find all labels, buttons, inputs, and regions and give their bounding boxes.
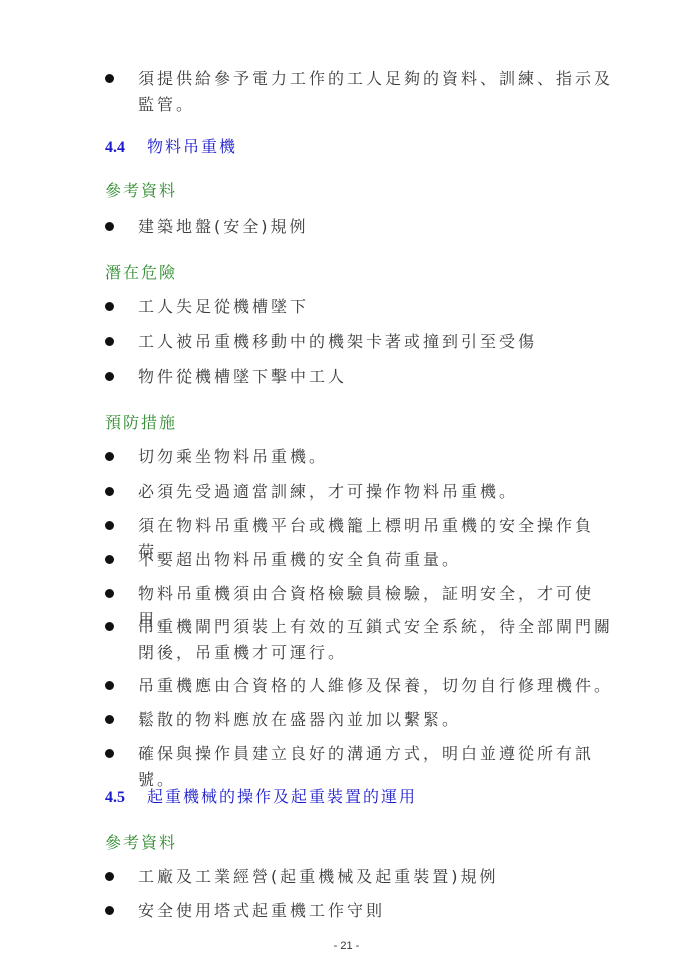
list-item-text: 吊重機應由合資格的人維修及保養，切勿自行修理機件。 xyxy=(138,673,625,699)
list-item-text: 工人被吊重機移動中的機架卡著或撞到引至受傷 xyxy=(138,329,625,355)
document-page: 須提供給參予電力工作的工人足夠的資料、訓練、指示及監管。 4.4物料吊重機 參考… xyxy=(0,0,693,980)
list-item-text: 切勿乘坐物料吊重機。 xyxy=(138,444,625,470)
list-item: 切勿乘坐物料吊重機。 xyxy=(105,444,625,470)
list-item: 不要超出物料吊重機的安全負荷重量。 xyxy=(105,547,625,573)
bullet-icon xyxy=(105,749,114,758)
bullet-icon xyxy=(105,906,114,915)
references-heading: 參考資料 xyxy=(105,180,177,202)
bullet-icon xyxy=(105,521,114,530)
list-item: 工人被吊重機移動中的機架卡著或撞到引至受傷 xyxy=(105,329,625,355)
list-item-text: 鬆散的物料應放在盛器內並加以繫緊。 xyxy=(138,707,625,733)
bullet-icon xyxy=(105,487,114,496)
list-item: 安全使用塔式起重機工作守則 xyxy=(105,898,625,924)
hazards-heading: 潛在危險 xyxy=(105,262,177,284)
list-item: 須提供給參予電力工作的工人足夠的資料、訓練、指示及監管。 xyxy=(105,66,625,118)
section-title: 物料吊重機 xyxy=(147,137,237,156)
list-item: 物件從機槽墜下擊中工人 xyxy=(105,364,625,390)
bullet-icon xyxy=(105,74,114,83)
bullet-icon xyxy=(105,555,114,564)
list-item-text: 建築地盤(安全)規例 xyxy=(138,214,625,240)
section-number: 4.5 xyxy=(105,787,147,809)
bullet-icon xyxy=(105,681,114,690)
list-item-text: 工廠及工業經營(起重機械及起重裝置)規例 xyxy=(138,864,625,890)
list-item-text: 物件從機槽墜下擊中工人 xyxy=(138,364,625,390)
list-item: 建築地盤(安全)規例 xyxy=(105,214,625,240)
list-item: 工人失足從機槽墜下 xyxy=(105,294,625,320)
list-item: 吊重機閘門須裝上有效的互鎖式安全系統，待全部閘門關閉後，吊重機才可運行。 xyxy=(105,614,625,666)
page-number: - 21 - xyxy=(0,940,693,952)
list-item-text: 不要超出物料吊重機的安全負荷重量。 xyxy=(138,547,625,573)
section-number: 4.4 xyxy=(105,137,147,159)
bullet-icon xyxy=(105,622,114,631)
bullet-icon xyxy=(105,302,114,311)
bullet-icon xyxy=(105,452,114,461)
list-item: 必須先受過適當訓練，才可操作物料吊重機。 xyxy=(105,479,625,505)
list-item-text: 須提供給參予電力工作的工人足夠的資料、訓練、指示及監管。 xyxy=(138,66,625,118)
list-item-text: 吊重機閘門須裝上有效的互鎖式安全系統，待全部閘門關閉後，吊重機才可運行。 xyxy=(138,614,625,666)
bullet-icon xyxy=(105,872,114,881)
references-heading: 參考資料 xyxy=(105,832,177,854)
section-heading-4-5: 4.5起重機械的操作及起重裝置的運用 xyxy=(105,786,417,809)
bullet-icon xyxy=(105,222,114,231)
list-item: 工廠及工業經營(起重機械及起重裝置)規例 xyxy=(105,864,625,890)
bullet-icon xyxy=(105,589,114,598)
bullet-icon xyxy=(105,372,114,381)
list-item-text: 工人失足從機槽墜下 xyxy=(138,294,625,320)
measures-heading: 預防措施 xyxy=(105,412,177,434)
section-title: 起重機械的操作及起重裝置的運用 xyxy=(147,787,417,806)
list-item: 吊重機應由合資格的人維修及保養，切勿自行修理機件。 xyxy=(105,673,625,699)
section-heading-4-4: 4.4物料吊重機 xyxy=(105,136,237,159)
bullet-icon xyxy=(105,715,114,724)
list-item-text: 必須先受過適當訓練，才可操作物料吊重機。 xyxy=(138,479,625,505)
list-item: 鬆散的物料應放在盛器內並加以繫緊。 xyxy=(105,707,625,733)
list-item-text: 安全使用塔式起重機工作守則 xyxy=(138,898,625,924)
bullet-icon xyxy=(105,337,114,346)
